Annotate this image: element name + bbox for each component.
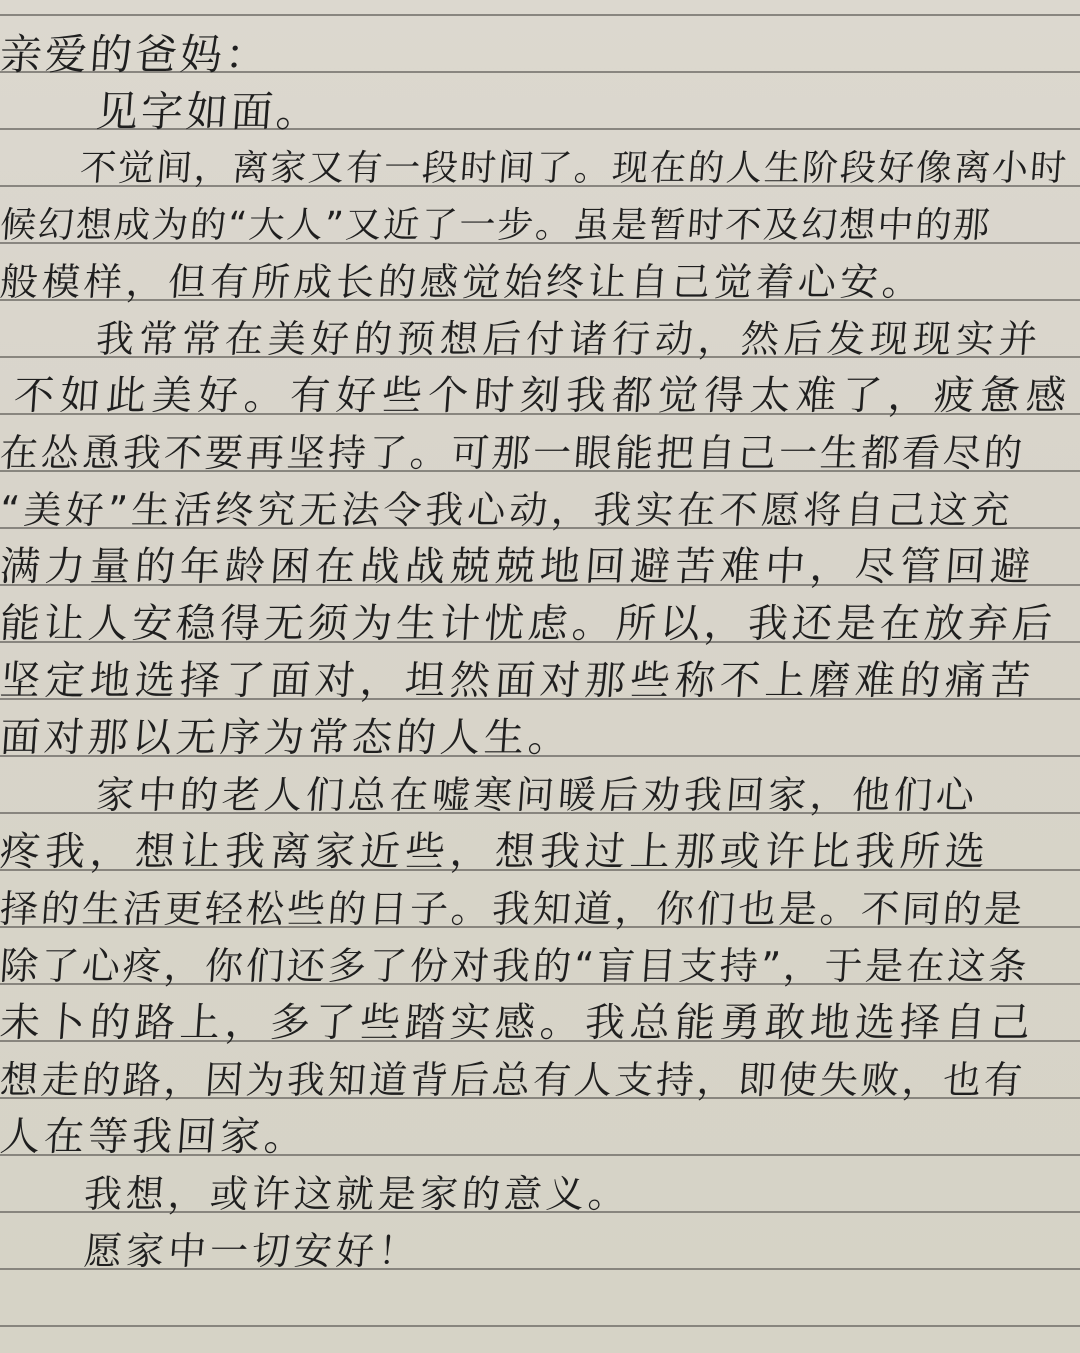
opening-line: 见字如面。: [0, 83, 1080, 140]
paragraph-2-line: 坚定地选择了面对，坦然面对那些称不上磨难的痛苦: [0, 653, 1080, 710]
paragraph-2-line: 能让人安稳得无须为生计忧虑。所以，我还是在放弃后: [0, 596, 1080, 653]
paragraph-2-line: 我常常在美好的预想后付诸行动，然后发现现实并: [0, 311, 1080, 368]
ruled-line: [0, 14, 1080, 16]
paragraph-3-line: 择的生活更轻松些的日子。我知道，你们也是。不同的是: [0, 881, 1080, 938]
paragraph-2-line: 满力量的年龄困在战战兢兢地回避苦难中，尽管回避: [0, 539, 1080, 596]
paragraph-2-line: “美好”生活终究无法令我心动，我实在不愿将自己这充: [0, 482, 1080, 539]
closing-line: 愿家中一切安好！: [0, 1223, 1080, 1280]
paragraph-3-line: 未卜的路上，多了些踏实感。我总能勇敢地选择自己: [0, 995, 1080, 1052]
paragraph-3-line: 人在等我回家。: [0, 1109, 1080, 1166]
ruled-line: [0, 1325, 1080, 1327]
paragraph-3-line: 疼我，想让我离家近些，想我过上那或许比我所选: [0, 824, 1080, 881]
salutation: 亲爱的爸妈：: [0, 26, 1080, 83]
paragraph-2-line: 面对那以无序为常态的人生。: [0, 710, 1080, 767]
notebook-page: 亲爱的爸妈： 见字如面。 不觉间，离家又有一段时间了。现在的人生阶段好像离小时 …: [0, 0, 1080, 1353]
paragraph-3-line: 家中的老人们总在嘘寒问暖后劝我回家，他们心: [0, 767, 1080, 824]
paragraph-1-line: 般模样，但有所成长的感觉始终让自己觉着心安。: [0, 254, 1080, 311]
paragraph-4-line: 我想，或许这就是家的意义。: [0, 1166, 1080, 1223]
paragraph-2-line: 在怂恿我不要再坚持了。可那一眼能把自己一生都看尽的: [0, 425, 1080, 482]
paragraph-2-line: 不如此美好。有好些个时刻我都觉得太难了，疲惫感: [0, 368, 1080, 425]
paragraph-3-line: 除了心疼，你们还多了份对我的“盲目支持”，于是在这条: [0, 938, 1080, 995]
paragraph-1-line: 不觉间，离家又有一段时间了。现在的人生阶段好像离小时: [0, 140, 1080, 197]
paragraph-3-line: 想走的路，因为我知道背后总有人支持，即使失败，也有: [0, 1052, 1080, 1109]
paragraph-1-line: 候幻想成为的“大人”又近了一步。虽是暂时不及幻想中的那: [0, 197, 1080, 254]
